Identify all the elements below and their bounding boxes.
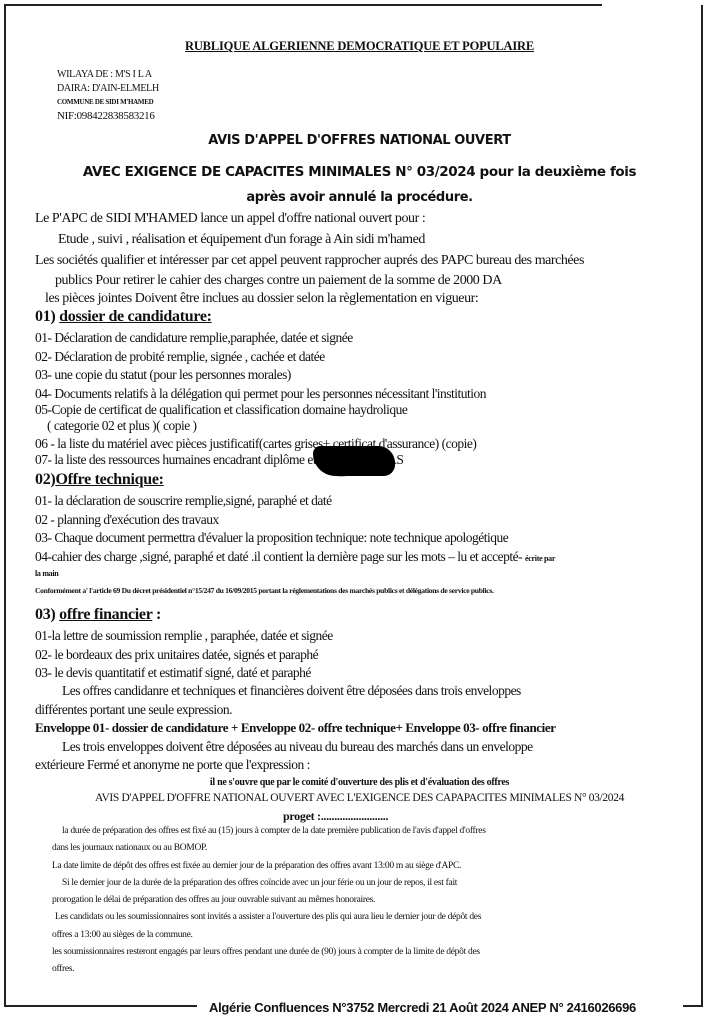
nif-line: NIF:098422838583216 [57, 110, 155, 122]
list-item-suffix: écrite par [525, 554, 555, 563]
envelopes-paragraph-b: extérieure Fermé et anonyme ne porte que… [35, 757, 310, 773]
frame-right-border [701, 5, 703, 1007]
section-1-title: dossier de candidature: [59, 308, 212, 325]
terms-line: Les candidats ou les soumissionnaires so… [55, 912, 481, 922]
frame-left-border [4, 4, 6, 1007]
intro-paragraph-4: les pièces jointes Doivent être inclues … [45, 291, 478, 307]
list-item: 02 - planning d'exécution des travaux [35, 512, 219, 528]
terms-line: La date limite de dépôt des offres est f… [52, 861, 461, 871]
list-item: 02- Déclaration de probité remplie, sign… [35, 349, 325, 365]
list-item-text: 04-cahier des charge ,signé, paraphé et … [35, 549, 522, 564]
envelopes-line: Enveloppe 01- dossier de candidature + E… [35, 720, 556, 736]
notice-subtitle: AVEC EXIGENCE DE CAPACITES MINIMALES N° … [0, 164, 719, 180]
wilaya-line: WILAYA DE : M'S I L A [57, 69, 152, 80]
section-1-number: 01) [35, 308, 59, 325]
list-item-continued: la main [35, 569, 58, 578]
section-3-title: offre financier [59, 606, 152, 623]
list-item: 02- le bordeaux des prix unitaires datée… [35, 647, 318, 663]
frame-top-border [4, 4, 602, 6]
terms-line: la durée de préparation des offres est f… [62, 826, 486, 836]
notice-subtitle-2: après avoir annulé la procédure. [0, 190, 719, 205]
envelope-expression-1: il ne s'ouvre que par le comité d'ouvert… [0, 777, 719, 788]
intro-project: Etude , suivi , réalisation et équipemen… [58, 232, 425, 248]
section-3-paragraph-b: différentes portant une seule expression… [35, 702, 232, 718]
terms-line: les soumissionnaires resteront engagés p… [52, 947, 480, 957]
terms-line: offres. [52, 964, 74, 974]
daira-line: DAIRA: D'AIN-ELMELH [57, 83, 159, 94]
intro-paragraph-3b: publics Pour retirer le cahier des charg… [55, 273, 502, 289]
republic-heading: RUBLIQUE ALGERIENNE DEMOCRATIQUE ET POPU… [0, 39, 719, 54]
legal-note: Conformément a' l'article 69 Du décret p… [35, 586, 494, 595]
list-item: 04- Documents relatifs à la délégation q… [35, 386, 486, 402]
section-2-number: 02) [35, 471, 55, 488]
intro-paragraph-1: Le P'APC de SIDI M'HAMED lance un appel … [35, 211, 425, 227]
section-1-heading: 01) dossier de candidature: [35, 308, 212, 326]
list-item: 01- la déclaration de souscrire remplie,… [35, 493, 332, 509]
terms-line: dans les journaux nationaux ou au BOMOP. [52, 843, 207, 853]
list-item: 03- Chaque document permettra d'évaluer … [35, 530, 508, 546]
section-3-paragraph-a: Les offres candidanre et techniques et f… [62, 683, 521, 699]
notice-title: AVIS D'APPEL D'OFFRES NATIONAL OUVERT [0, 133, 719, 148]
list-item: 01- Déclaration de candidature remplie,p… [35, 330, 353, 346]
project-label: proget :......................... [283, 809, 388, 824]
section-3-heading: 03) offre financier : [35, 606, 161, 624]
terms-line: Si le dernier jour de la durée de la pré… [62, 878, 457, 888]
section-2-heading: 02)Offre technique: [35, 471, 164, 489]
envelopes-paragraph-a: Les trois enveloppes doivent être déposé… [62, 739, 533, 755]
envelope-expression-2: AVIS D'APPEL D'OFFRE NATIONAL OUVERT AVE… [0, 792, 719, 804]
frame-bottom-border-left [4, 1005, 197, 1007]
frame-bottom-border-right [683, 1005, 703, 1007]
section-2-title: Offre technique: [55, 471, 163, 488]
list-item: 06 - la liste du matériel avec pièces ju… [35, 436, 476, 452]
intro-paragraph-3a: Les sociétés qualifier et intéresser par… [35, 253, 584, 269]
publication-footer: Algérie Confluences N°3752 Mercredi 21 A… [209, 1000, 636, 1015]
terms-line: prorogation le délai de préparation des … [52, 895, 375, 905]
commune-line: COMMUNE DE SIDI M'HAMED [57, 98, 153, 106]
list-item: 03- le devis quantitatif et estimatif si… [35, 665, 311, 681]
list-item: 04-cahier des charge ,signé, paraphé et … [35, 549, 555, 565]
list-item: 05-Copie de certificat de qualification … [35, 402, 407, 418]
list-item: 01-la lettre de soumission remplie , par… [35, 628, 333, 644]
list-item-continued: ( categorie 02 et plus )( copie ) [47, 418, 197, 434]
terms-line: offres a 13:00 au sièges de la commune. [52, 930, 193, 940]
list-item: 03- une copie du statut (pour les person… [35, 367, 291, 383]
section-3-colon: : [152, 606, 161, 623]
section-3-number: 03) [35, 606, 59, 623]
